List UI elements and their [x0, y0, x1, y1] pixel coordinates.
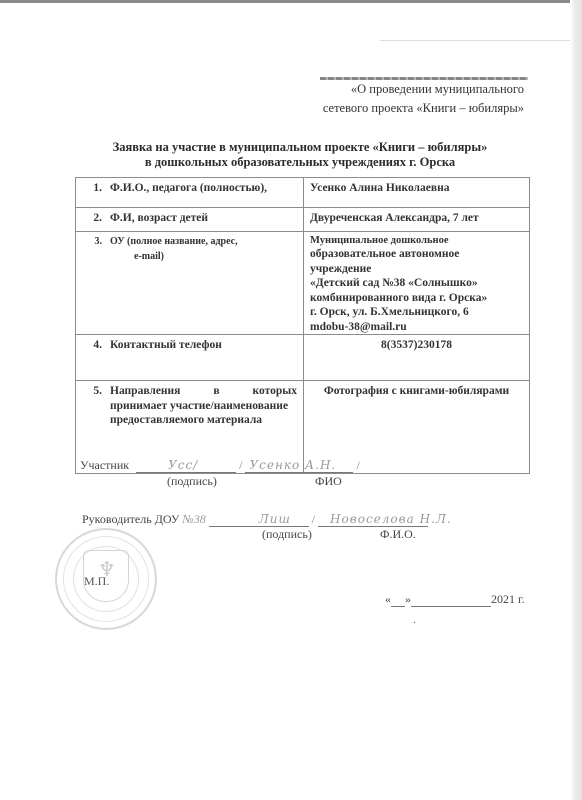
- org-line: «Детский сад №38 «Солнышко»: [310, 276, 523, 291]
- label-word: которых: [253, 384, 297, 399]
- page-scan-shadow: [570, 0, 582, 800]
- row-label: 3.ОУ (полное название, адрес, e-mail): [76, 232, 304, 335]
- row-label-text: Ф.И.О., педагога (полностью),: [110, 182, 267, 194]
- table-row: 2.Ф.И, возраст детей Двуреченская Алекса…: [76, 208, 530, 232]
- order-reference-line-1: «О проведении муниципального: [323, 80, 524, 99]
- table-row: 1.Ф.И.О., педагога (полностью), Усенко А…: [76, 178, 530, 208]
- table-row: 3.ОУ (полное название, адрес, e-mail) Му…: [76, 232, 530, 335]
- date-line: «»2021 г.: [385, 592, 525, 607]
- label-word: Направления: [110, 384, 180, 399]
- row-label-text: Контактный телефон: [110, 339, 222, 351]
- label-word: в: [213, 384, 219, 399]
- stamp-mp-label: М.П.: [84, 574, 109, 589]
- row-number: 1.: [82, 181, 102, 196]
- director-name-field: Новоселова Н.Л.: [318, 512, 428, 527]
- row-label-text-2: принимает участие/наименование: [82, 399, 297, 414]
- child-name-age-value: Двуреченская Александра, 7 лет: [304, 208, 530, 232]
- director-signature-field: Лиш: [209, 512, 309, 527]
- title-line-1: Заявка на участие в муниципальном проект…: [0, 140, 582, 155]
- month-field: [411, 592, 491, 607]
- separator: /: [356, 458, 359, 472]
- row-label-text: ОУ (полное название, адрес,: [110, 236, 238, 247]
- separator: /: [312, 512, 315, 526]
- date-year: 2021 г.: [491, 592, 525, 606]
- org-email: mdobu-38@mail.ru: [310, 320, 523, 335]
- row-number: 4.: [82, 338, 102, 353]
- document-title: Заявка на участие в муниципальном проект…: [0, 140, 582, 170]
- row-label-text: Направления в которых: [110, 384, 297, 399]
- row-label-text-3: предоставляемого материала: [82, 413, 297, 428]
- org-address: г. Орск, ул. Б.Хмельницкого, 6: [310, 305, 523, 320]
- participant-signature: Усс/: [168, 458, 198, 472]
- stray-dot: .: [413, 612, 416, 627]
- phone-value: 8(3537)230178: [304, 335, 530, 381]
- row-label: 4.Контактный телефон: [76, 335, 304, 381]
- faint-bleed-through-line: [380, 40, 570, 41]
- row-label: 1.Ф.И.О., педагога (полностью),: [76, 178, 304, 208]
- table-row: 4.Контактный телефон 8(3537)230178: [76, 335, 530, 381]
- organization-value: Муниципальное дошкольное образовательное…: [304, 232, 530, 335]
- title-line-2: в дошкольных образовательных учреждениях…: [0, 155, 582, 170]
- row-label-text-2: e-mail): [82, 250, 297, 265]
- dou-number: №38: [182, 512, 205, 526]
- director-label: Руководитель ДОУ: [82, 512, 179, 526]
- director-signature-line: Руководитель ДОУ №38 Лиш / Новоселова Н.…: [82, 512, 428, 527]
- teacher-name-value: Усенко Алина Николаевна: [304, 178, 530, 208]
- participant-name: Усенко А.Н.: [249, 458, 336, 472]
- name-caption: ФИО: [315, 474, 342, 489]
- row-label: 2.Ф.И, возраст детей: [76, 208, 304, 232]
- director-name: Новоселова Н.Л.: [330, 512, 452, 526]
- row-number: 3.: [82, 235, 102, 250]
- page-scan-edge: [0, 0, 582, 3]
- org-line: Муниципальное дошкольное: [310, 235, 523, 247]
- application-table: 1.Ф.И.О., педагога (полностью), Усенко А…: [75, 177, 530, 474]
- order-reference: «О проведении муниципального сетевого пр…: [323, 80, 524, 118]
- signature-caption: (подпись): [167, 474, 217, 489]
- participant-signature-field: Усс/: [136, 458, 236, 473]
- signature-caption: (подпись): [262, 527, 312, 542]
- director-signature: Лиш: [259, 512, 291, 526]
- participant-name-field: Усенко А.Н.: [245, 458, 353, 473]
- row-number: 5.: [82, 384, 102, 399]
- participant-signature-line: Участник Усс/ / Усенко А.Н. /: [80, 458, 360, 473]
- row-label-text: Ф.И, возраст детей: [110, 212, 208, 224]
- day-field: [391, 592, 405, 607]
- org-line: образовательное автономное учреждение: [310, 247, 523, 276]
- separator: /: [239, 458, 242, 472]
- participant-label: Участник: [80, 458, 129, 472]
- row-number: 2.: [82, 211, 102, 226]
- order-reference-line-2: сетевого проекта «Книги – юбиляры»: [323, 99, 524, 118]
- org-line: комбинированного вида г. Орска»: [310, 291, 523, 306]
- name-caption: Ф.И.О.: [380, 527, 416, 542]
